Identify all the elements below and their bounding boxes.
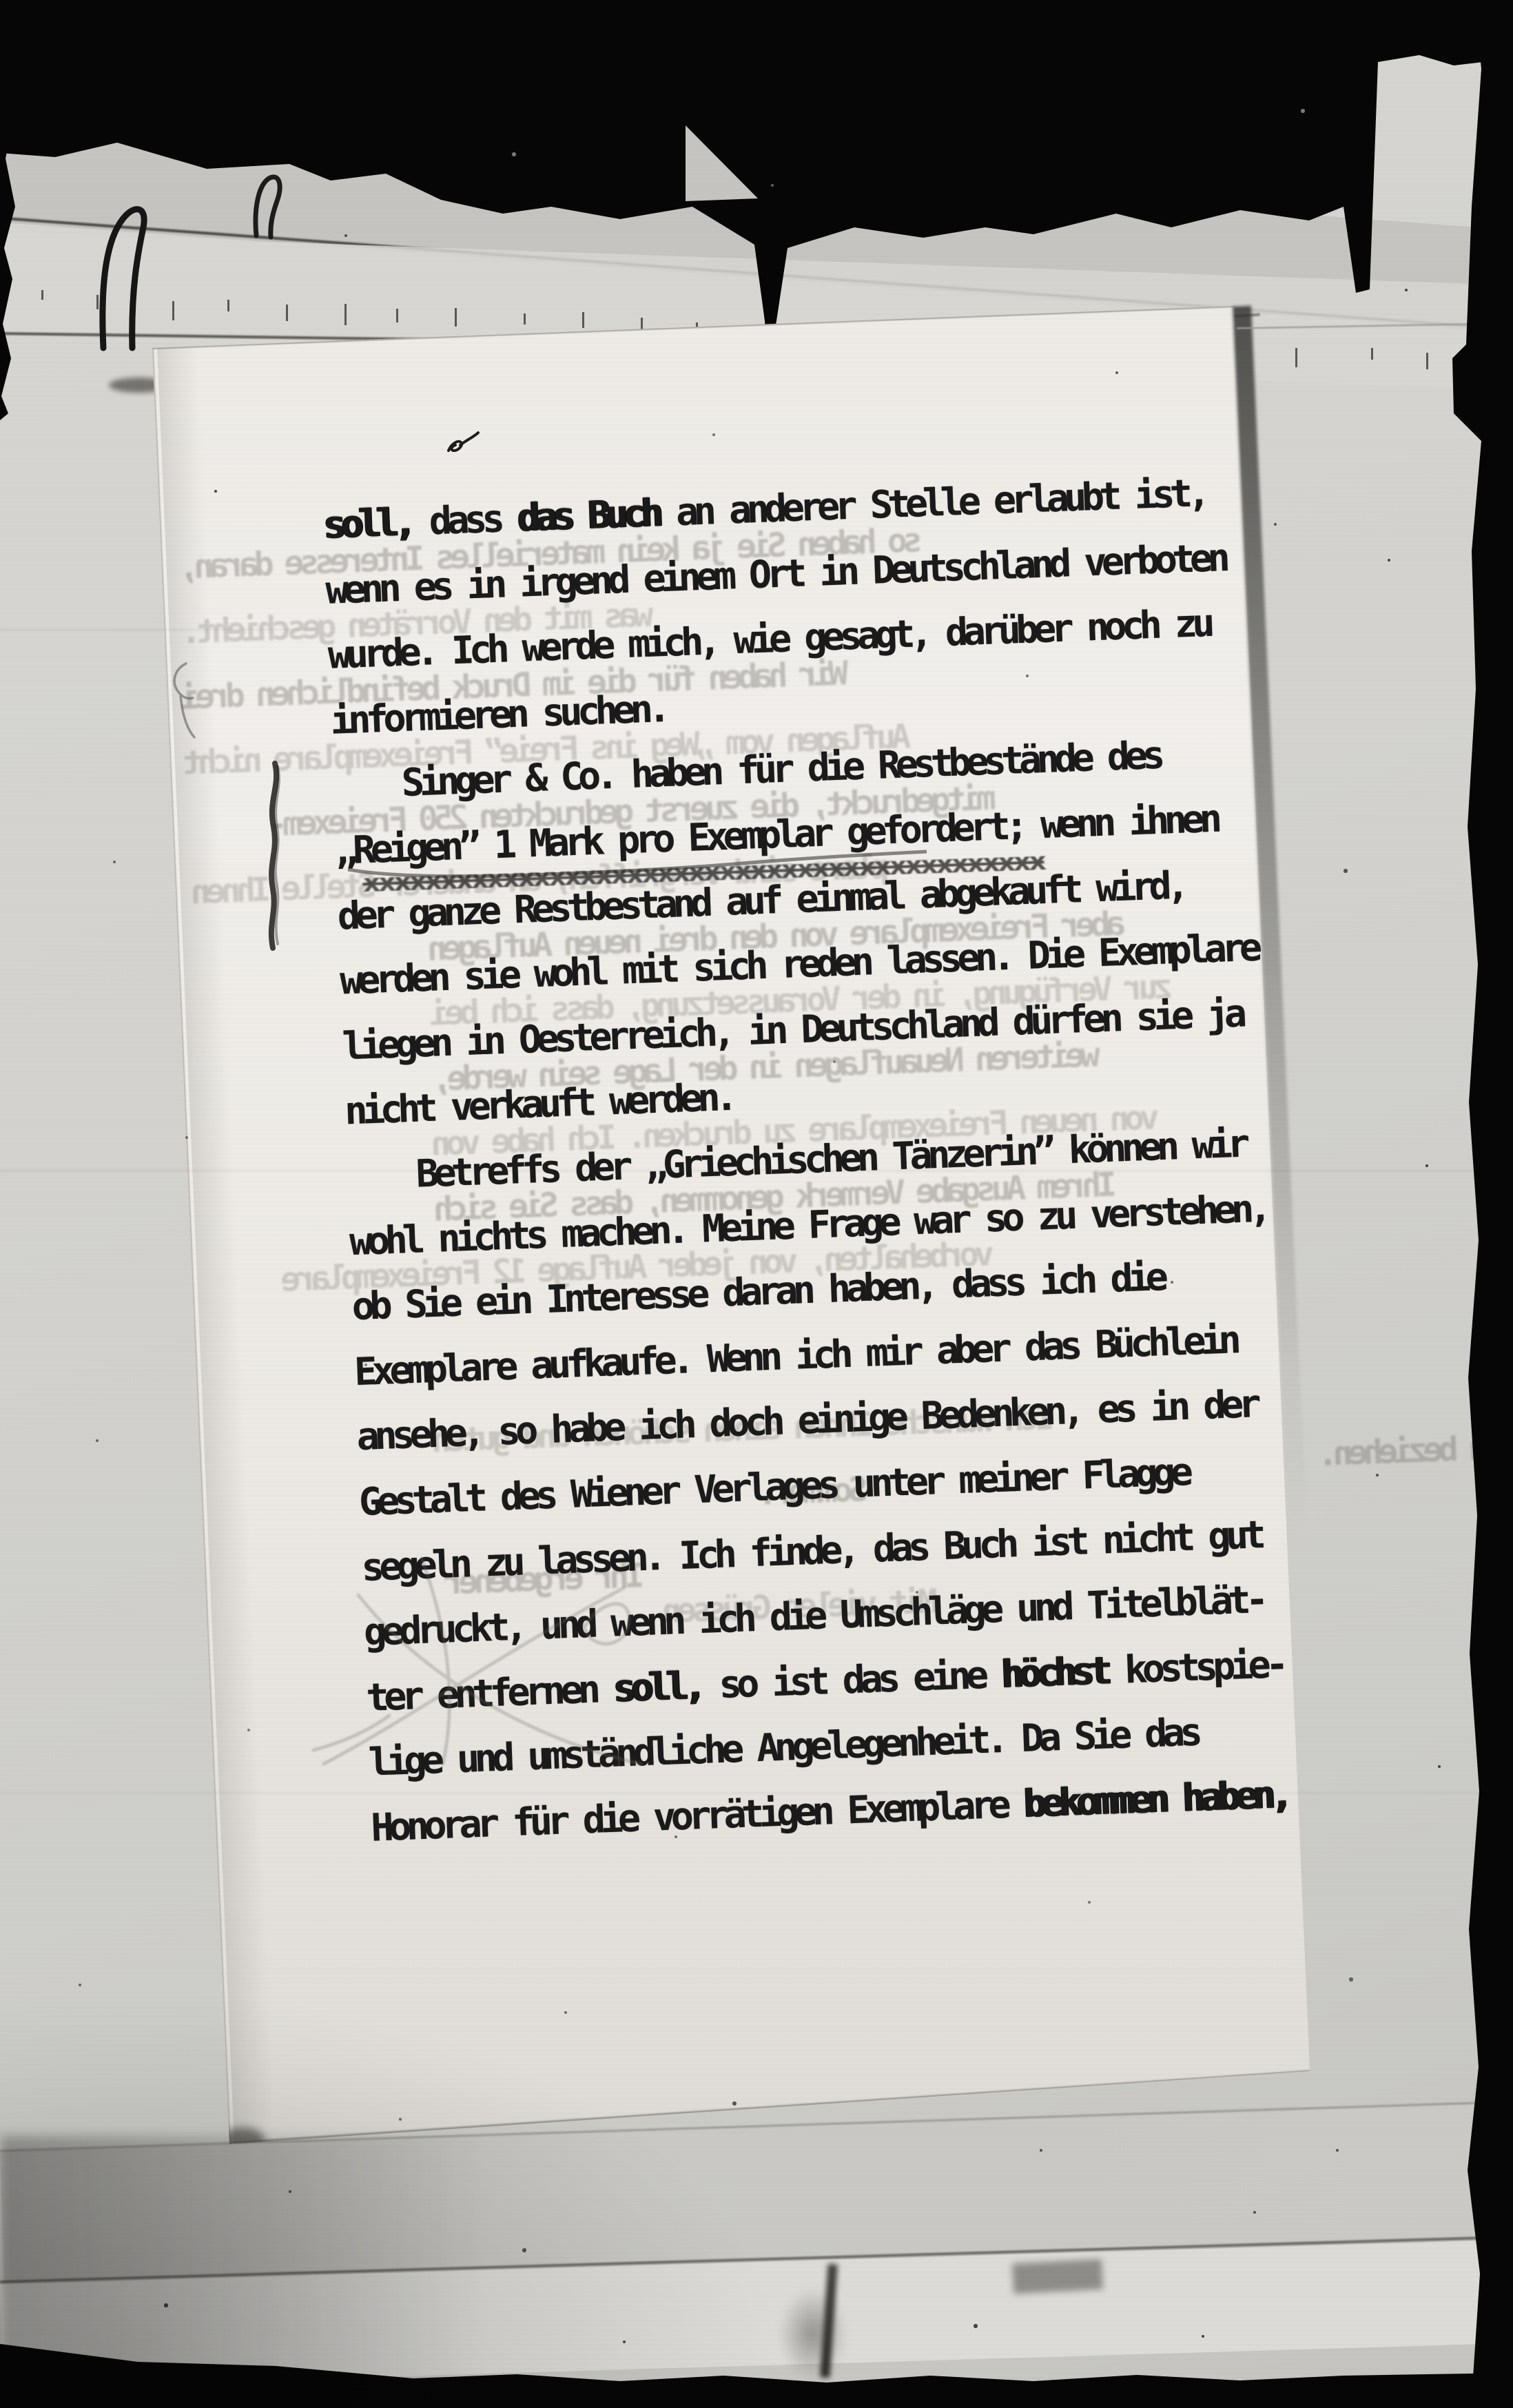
- margin-stroke-icon: [271, 763, 279, 948]
- bracket-mark-icon: [174, 663, 194, 737]
- corner-mark-icon: [449, 433, 478, 451]
- crease-line: [0, 1792, 1513, 1793]
- bottom-shadow-wedge: [1012, 2259, 1103, 2294]
- handwritten-marks: [0, 0, 1513, 2408]
- dust-specks: [0, 0, 1, 1]
- crease-line: [0, 1170, 1513, 1171]
- scribble-icon: [313, 1558, 641, 1764]
- bottom-smudge: [779, 2287, 847, 2380]
- microfilm-scan: so haben Sie ja kein materielles Interes…: [0, 0, 1513, 2408]
- crease-line: [0, 629, 317, 630]
- bottom-left-shading: [0, 2136, 482, 2384]
- strikeout-underline: [348, 852, 927, 876]
